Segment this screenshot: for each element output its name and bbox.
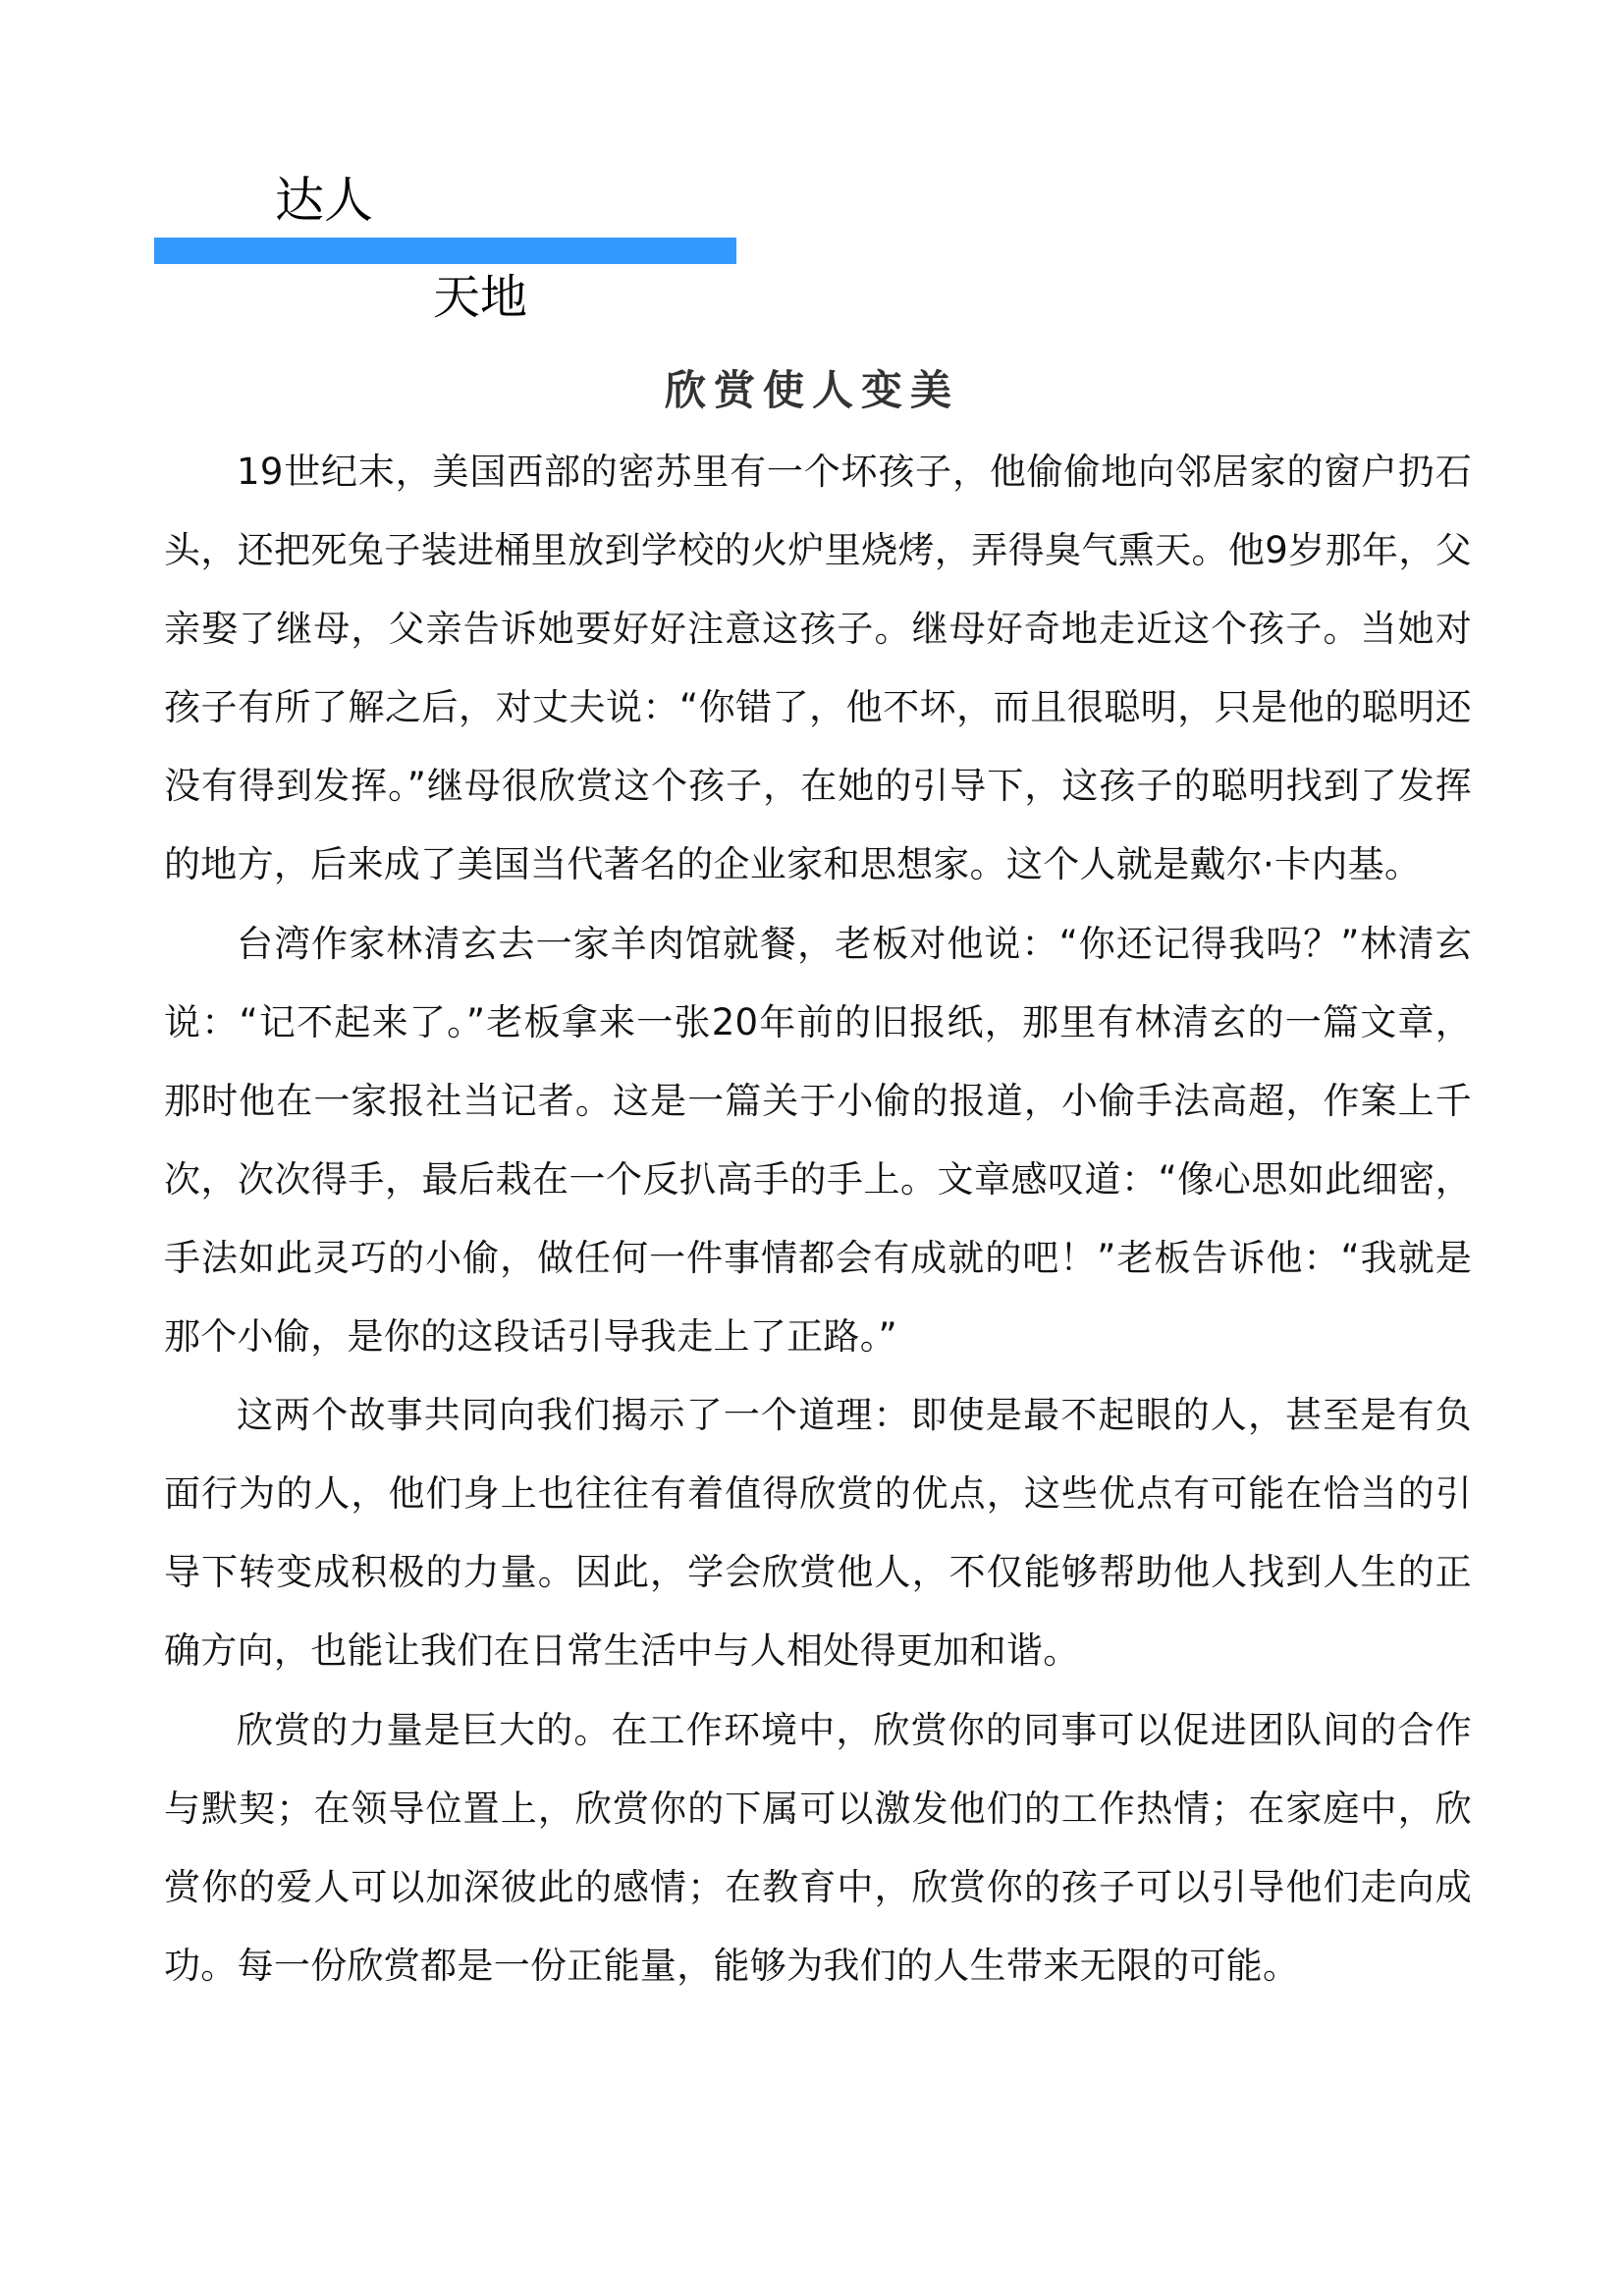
article-paragraph-1: 19世纪末，美国西部的密苏里有一个坏孩子，他偷偷地向邻居家的窗户扔石头，还把死兔… (164, 433, 1472, 905)
masthead-divider-bar (154, 238, 736, 264)
masthead-line-2: 天地 (433, 267, 527, 328)
article-paragraph-4: 欣赏的力量是巨大的。在工作环境中，欣赏你的同事可以促进团队间的合作与默契；在领导… (164, 1691, 1472, 2005)
article-title: 欣赏使人变美 (0, 361, 1624, 420)
article-body: 19世纪末，美国西部的密苏里有一个坏孩子，他偷偷地向邻居家的窗户扔石头，还把死兔… (164, 433, 1472, 2005)
masthead-line-1: 达人 (275, 169, 373, 232)
article-paragraph-2: 台湾作家林清玄去一家羊肉馆就餐，老板对他说：“你还记得我吗？”林清玄说：“记不起… (164, 905, 1472, 1377)
article-paragraph-3: 这两个故事共同向我们揭示了一个道理：即使是最不起眼的人，甚至是有负面行为的人，他… (164, 1376, 1472, 1690)
